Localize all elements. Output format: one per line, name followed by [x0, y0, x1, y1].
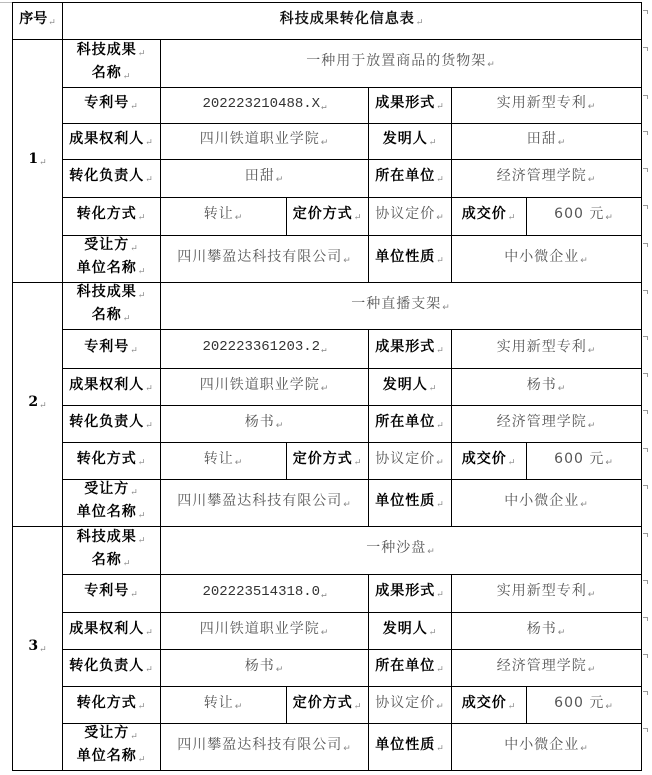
- record-3-assignee-row: 受让方↵单位名称↵ 四川攀盈达科技有限公司↵ 单位性质↵ 中小微企业↵: [13, 724, 642, 771]
- record-3-seq: 3↵: [13, 527, 63, 771]
- record-1-transfer-lead: 田甜↵: [161, 160, 369, 198]
- record-1-owner-row: 成果权利人↵ 四川铁道职业学院↵ 发明人↵ 田甜↵: [13, 124, 642, 160]
- record-1-name-row: 1↵ 科技成果↵名称↵ 一种用于放置商品的货物架↵: [13, 40, 642, 88]
- record-3-patent-row: 专利号↵ 202223514318.0↵ 成果形式↵ 实用新型专利↵: [13, 575, 642, 613]
- label-name: 科技成果↵名称↵: [63, 283, 161, 330]
- label-unit: 所在单位↵: [369, 406, 452, 443]
- label-assignee: 受让方↵单位名称↵: [63, 480, 161, 527]
- record-1-result-form: 实用新型专利↵: [452, 88, 642, 124]
- record-1-assignee: 四川攀盈达科技有限公司↵: [161, 236, 369, 283]
- record-3-deal-price: 600 元↵: [527, 687, 642, 724]
- record-3-result-form: 实用新型专利↵: [452, 575, 642, 613]
- record-1-patent-row: 专利号↵ 202223210488.X↵ 成果形式↵ 实用新型专利↵: [13, 88, 642, 124]
- label-deal-price: 成交价↵: [452, 687, 527, 724]
- label-result-form: 成果形式↵: [369, 330, 452, 369]
- record-2-patent-row: 专利号↵ 202223361203.2↵ 成果形式↵ 实用新型专利↵: [13, 330, 642, 369]
- record-1-unit-nature: 中小微企业↵: [452, 236, 642, 283]
- record-1-owner: 四川铁道职业学院↵: [161, 124, 369, 160]
- record-3-pricing-method: 协议定价↵: [369, 687, 452, 724]
- record-1-deal-price: 600 元↵: [527, 198, 642, 236]
- record-3-assignee: 四川攀盈达科技有限公司↵: [161, 724, 369, 771]
- row-end-mark: [643, 448, 648, 452]
- row-end-mark: [643, 47, 648, 51]
- label-patent-no: 专利号↵: [63, 330, 161, 369]
- label-unit: 所在单位↵: [369, 160, 452, 198]
- label-patent-no: 专利号↵: [63, 575, 161, 613]
- label-result-form: 成果形式↵: [369, 575, 452, 613]
- table-title: 科技成果转化信息表↵: [63, 3, 642, 40]
- record-2-pricing-method: 协议定价↵: [369, 443, 452, 480]
- label-unit-nature: 单位性质↵: [369, 724, 452, 771]
- label-deal-price: 成交价↵: [452, 198, 527, 236]
- label-name: 科技成果↵名称↵: [63, 40, 161, 88]
- label-name: 科技成果↵名称↵: [63, 527, 161, 575]
- record-2-name: 一种直播支架↵: [161, 283, 642, 330]
- label-transfer-method: 转化方式↵: [63, 687, 161, 724]
- label-inventor: 发明人↵: [369, 613, 452, 650]
- record-1-pricing-method: 协议定价↵: [369, 198, 452, 236]
- label-pricing-method: 定价方式↵: [287, 687, 369, 724]
- record-3-unit-nature: 中小微企业↵: [452, 724, 642, 771]
- row-end-mark: [643, 373, 648, 377]
- record-2-method-row: 转化方式↵ 转让↵ 定价方式↵ 协议定价↵ 成交价↵ 600 元↵: [13, 443, 642, 480]
- record-3-owner: 四川铁道职业学院↵: [161, 613, 369, 650]
- record-1-unit: 经济管理学院↵: [452, 160, 642, 198]
- table-header-row: 序号↵ 科技成果转化信息表↵: [13, 3, 642, 40]
- record-3-transfer-method: 转让↵: [161, 687, 287, 724]
- tech-transfer-info-table: 序号↵ 科技成果转化信息表↵ 1↵ 科技成果↵名称↵ 一种用于放置商品的货物架↵…: [12, 2, 642, 771]
- record-1-inventor: 田甜↵: [452, 124, 642, 160]
- record-2-seq: 2↵: [13, 283, 63, 527]
- record-3-name-row: 3↵ 科技成果↵名称↵ 一种沙盘↵: [13, 527, 642, 575]
- record-2-unit-nature: 中小微企业↵: [452, 480, 642, 527]
- label-transfer-method: 转化方式↵: [63, 443, 161, 480]
- label-owner: 成果权利人↵: [63, 124, 161, 160]
- label-transfer-lead: 转化负责人↵: [63, 406, 161, 443]
- label-unit-nature: 单位性质↵: [369, 480, 452, 527]
- record-3-method-row: 转化方式↵ 转让↵ 定价方式↵ 协议定价↵ 成交价↵ 600 元↵: [13, 687, 642, 724]
- label-unit-nature: 单位性质↵: [369, 236, 452, 283]
- record-3-owner-row: 成果权利人↵ 四川铁道职业学院↵ 发明人↵ 杨书↵: [13, 613, 642, 650]
- label-inventor: 发明人↵: [369, 124, 452, 160]
- label-assignee: 受让方↵单位名称↵: [63, 724, 161, 771]
- record-2-transfer-method: 转让↵: [161, 443, 287, 480]
- record-3-unit: 经济管理学院↵: [452, 650, 642, 687]
- label-result-form: 成果形式↵: [369, 88, 452, 124]
- record-3-patent-no: 202223514318.0↵: [161, 575, 369, 613]
- record-2-lead-row: 转化负责人↵ 杨书↵ 所在单位↵ 经济管理学院↵: [13, 406, 642, 443]
- label-owner: 成果权利人↵: [63, 369, 161, 406]
- record-2-patent-no: 202223361203.2↵: [161, 330, 369, 369]
- record-3-name: 一种沙盘↵: [161, 527, 642, 575]
- row-end-mark: [643, 533, 648, 537]
- row-end-mark: [643, 243, 648, 247]
- row-end-mark: [643, 290, 648, 294]
- row-end-mark: [643, 336, 648, 340]
- record-1-lead-row: 转化负责人↵ 田甜↵ 所在单位↵ 经济管理学院↵: [13, 160, 642, 198]
- record-3-inventor: 杨书↵: [452, 613, 642, 650]
- label-inventor: 发明人↵: [369, 369, 452, 406]
- row-end-mark: [643, 205, 648, 209]
- row-end-mark: [643, 617, 648, 621]
- row-end-mark: [643, 410, 648, 414]
- record-2-deal-price: 600 元↵: [527, 443, 642, 480]
- row-end-mark: [643, 10, 648, 14]
- record-1-transfer-method: 转让↵: [161, 198, 287, 236]
- label-assignee: 受让方↵单位名称↵: [63, 236, 161, 283]
- record-1-patent-no: 202223210488.X↵: [161, 88, 369, 124]
- label-patent-no: 专利号↵: [63, 88, 161, 124]
- record-2-result-form: 实用新型专利↵: [452, 330, 642, 369]
- record-2-owner-row: 成果权利人↵ 四川铁道职业学院↵ 发明人↵ 杨书↵: [13, 369, 642, 406]
- row-end-mark: [643, 691, 648, 695]
- row-end-mark: [643, 485, 648, 489]
- label-owner: 成果权利人↵: [63, 613, 161, 650]
- label-pricing-method: 定价方式↵: [287, 443, 369, 480]
- seq-header: 序号↵: [13, 3, 63, 40]
- label-deal-price: 成交价↵: [452, 443, 527, 480]
- record-2-unit: 经济管理学院↵: [452, 406, 642, 443]
- row-end-mark: [643, 654, 648, 658]
- record-1-seq: 1↵: [13, 40, 63, 283]
- record-2-assignee-row: 受让方↵单位名称↵ 四川攀盈达科技有限公司↵ 单位性质↵ 中小微企业↵: [13, 480, 642, 527]
- page-corner-mark: [0, 2, 12, 3]
- record-1-name: 一种用于放置商品的货物架↵: [161, 40, 642, 88]
- record-3-lead-row: 转化负责人↵ 杨书↵ 所在单位↵ 经济管理学院↵: [13, 650, 642, 687]
- label-transfer-lead: 转化负责人↵: [63, 650, 161, 687]
- record-1-method-row: 转化方式↵ 转让↵ 定价方式↵ 协议定价↵ 成交价↵ 600 元↵: [13, 198, 642, 236]
- label-transfer-lead: 转化负责人↵: [63, 160, 161, 198]
- record-1-assignee-row: 受让方↵单位名称↵ 四川攀盈达科技有限公司↵ 单位性质↵ 中小微企业↵: [13, 236, 642, 283]
- row-end-mark: [643, 168, 648, 172]
- label-pricing-method: 定价方式↵: [287, 198, 369, 236]
- record-2-owner: 四川铁道职业学院↵: [161, 369, 369, 406]
- record-3-transfer-lead: 杨书↵: [161, 650, 369, 687]
- row-end-mark: [643, 131, 648, 135]
- label-transfer-method: 转化方式↵: [63, 198, 161, 236]
- record-2-name-row: 2↵ 科技成果↵名称↵ 一种直播支架↵: [13, 283, 642, 330]
- label-unit: 所在单位↵: [369, 650, 452, 687]
- record-2-transfer-lead: 杨书↵: [161, 406, 369, 443]
- record-2-inventor: 杨书↵: [452, 369, 642, 406]
- record-2-assignee: 四川攀盈达科技有限公司↵: [161, 480, 369, 527]
- row-end-mark: [643, 728, 648, 732]
- row-end-mark: [643, 95, 648, 99]
- row-end-mark: [643, 580, 648, 584]
